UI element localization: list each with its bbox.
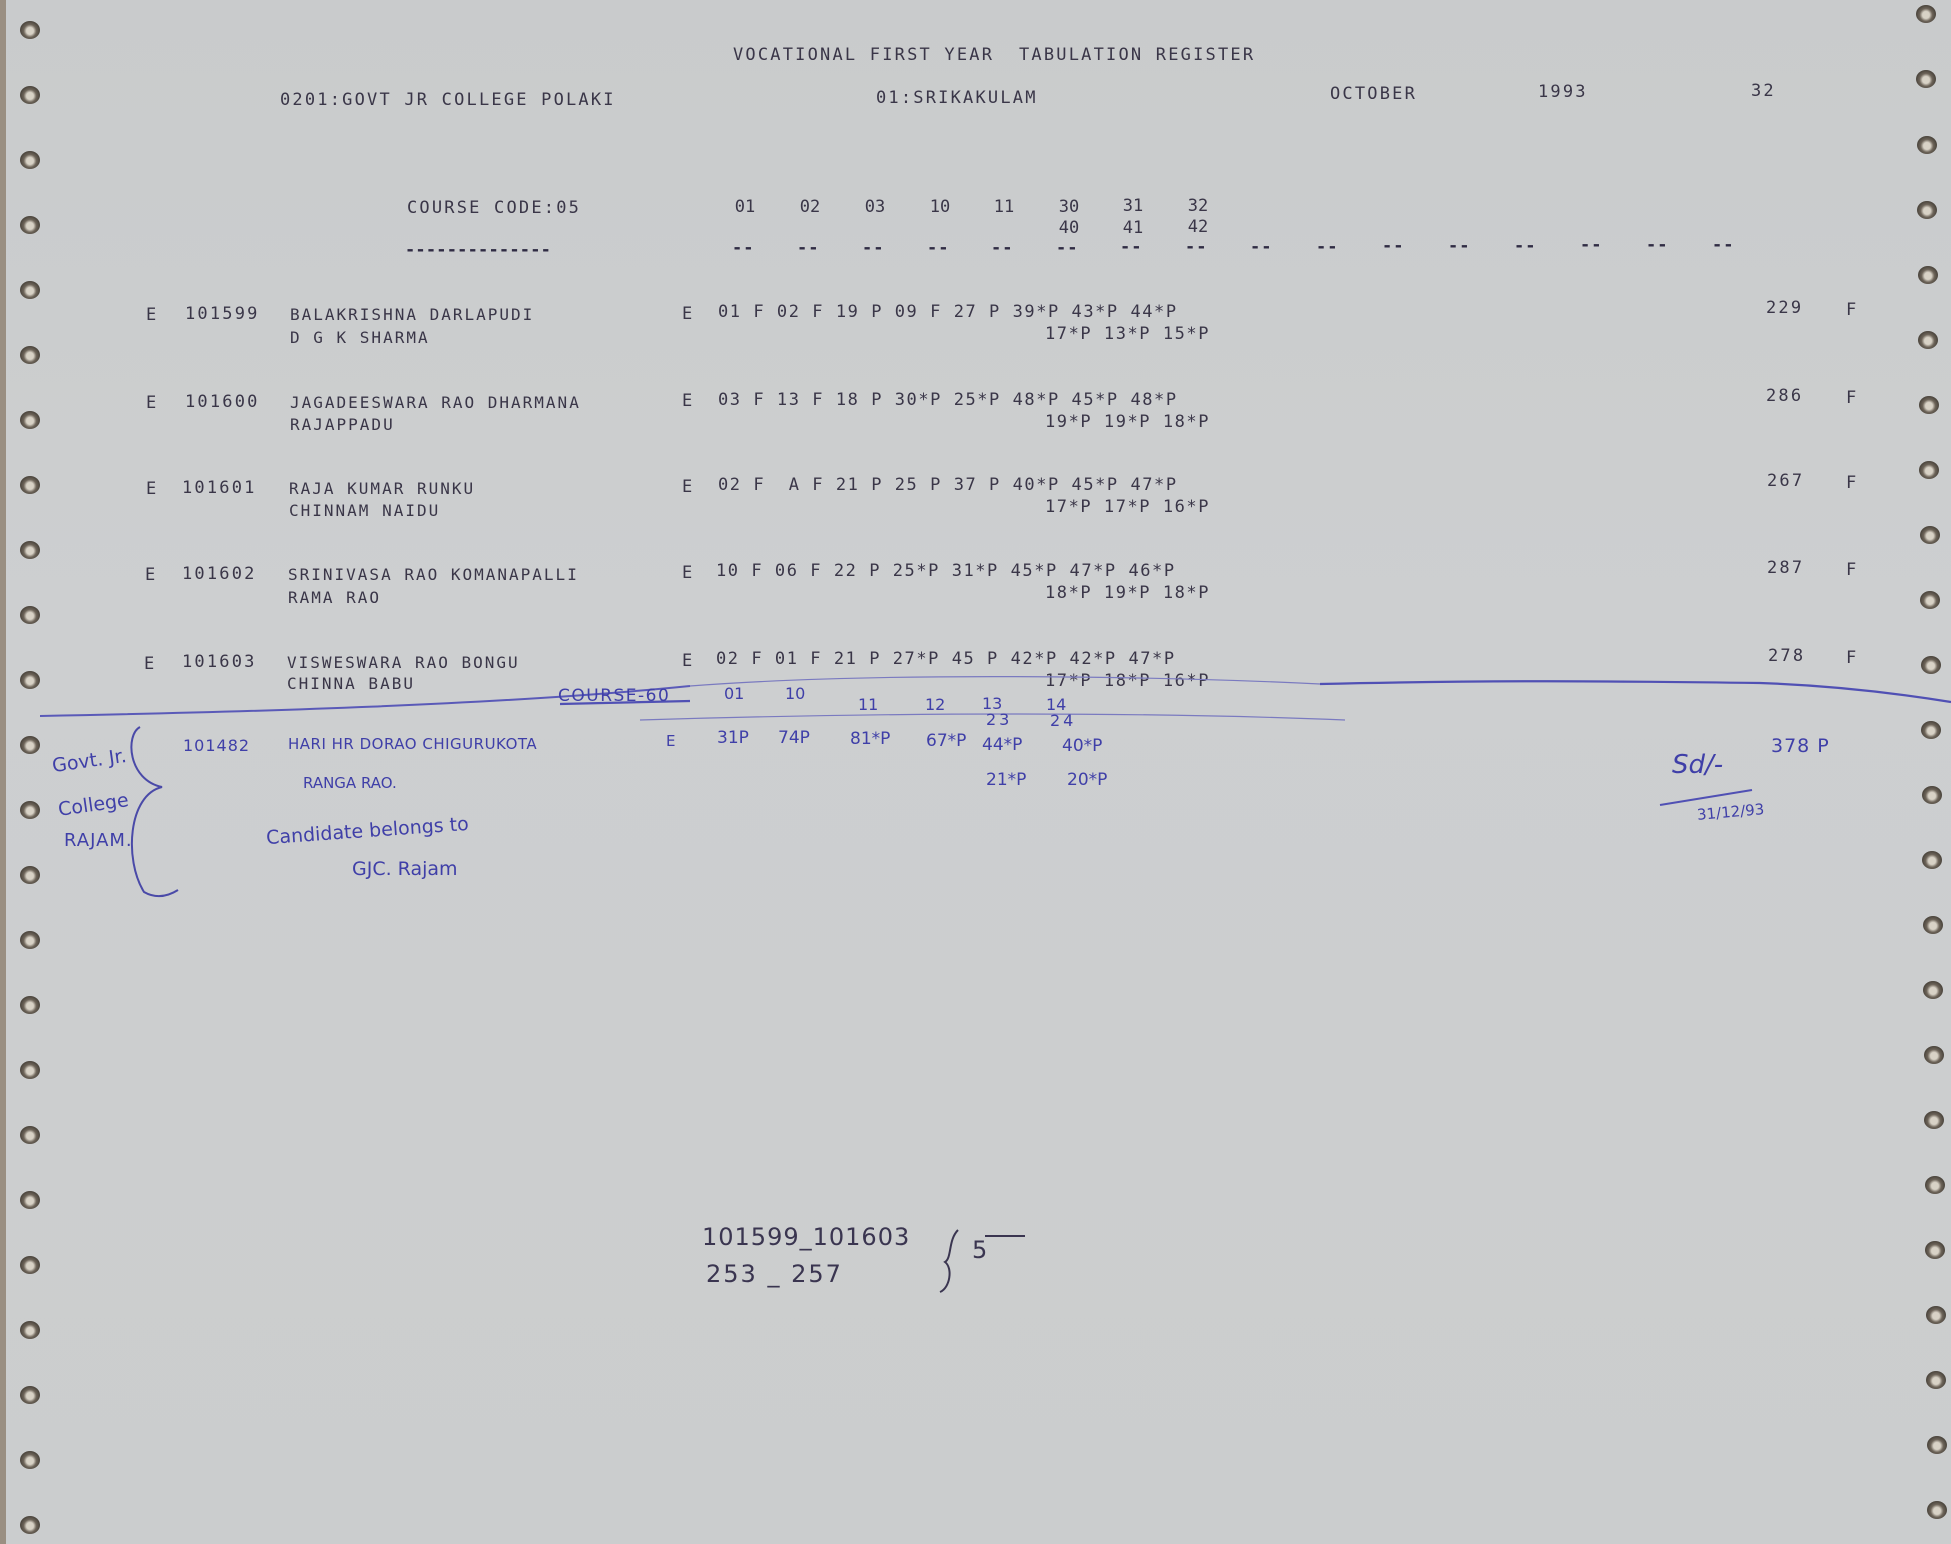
father-name: RAMA RAO: [288, 590, 381, 606]
subject-code: 01: [725, 197, 765, 217]
hole: [1921, 656, 1941, 674]
total-marks: 287: [1767, 560, 1804, 577]
handwritten-subject-code-sub: 24: [1050, 713, 1076, 729]
total-marks: 286: [1766, 388, 1803, 405]
hole: [1922, 786, 1942, 804]
total-marks: 267: [1767, 473, 1804, 490]
column-dash: --: [1382, 236, 1404, 256]
handwritten-subject-code: 01: [724, 686, 744, 702]
column-dash: --: [1250, 237, 1272, 257]
column-dash: --: [991, 238, 1013, 258]
father-name: RAJAPPADU: [290, 417, 395, 433]
hole: [1922, 851, 1942, 869]
hole: [20, 801, 40, 819]
register-title: VOCATIONAL FIRST YEAR TABULATION REGISTE…: [733, 47, 1255, 64]
handwritten-mark: 67*P: [926, 733, 966, 750]
medium: E: [682, 393, 694, 410]
hole: [20, 671, 40, 689]
hole: [20, 736, 40, 754]
hole: [1918, 266, 1938, 284]
summary-count-stroke: [985, 1235, 1025, 1237]
medium: E: [682, 653, 694, 670]
handwritten-mark: 20*P: [1067, 772, 1107, 789]
student-name: JAGADEESWARA RAO DHARMANA: [290, 395, 581, 411]
hole: [1923, 981, 1943, 999]
hole: [20, 866, 40, 884]
pen-separator-lines: [0, 0, 1951, 1544]
course-code-underline: --------------: [405, 240, 551, 260]
roll-number: 101602: [182, 566, 257, 583]
hole: [20, 1386, 40, 1404]
hole: [1927, 1501, 1947, 1519]
column-dash: --: [1185, 237, 1207, 257]
category: E: [146, 307, 158, 324]
handwritten-father-name: RANGA RAO.: [303, 776, 397, 791]
marks-line-2: 17*P 18*P 16*P: [1045, 673, 1210, 690]
hole: [1916, 70, 1936, 88]
column-dash: --: [1646, 235, 1668, 255]
side-note-line: College: [57, 791, 130, 820]
result: F: [1846, 302, 1858, 319]
handwritten-medium: E: [666, 734, 675, 749]
hole: [20, 216, 40, 234]
hole: [1925, 1241, 1945, 1259]
result: F: [1846, 475, 1858, 492]
subject-code-sub: 40: [1049, 218, 1089, 238]
marks-line-1: 10 F 06 F 22 P 25*P 31*P 45*P 47*P 46*P: [716, 563, 1176, 580]
handwritten-mark: 74P: [778, 730, 810, 747]
hole: [1917, 136, 1937, 154]
category: E: [144, 656, 156, 673]
column-dash: --: [1316, 237, 1338, 257]
marks-line-2: 18*P 19*P 18*P: [1045, 585, 1210, 602]
medium: E: [682, 565, 694, 582]
hole: [20, 1126, 40, 1144]
hole: [20, 606, 40, 624]
course-code-label: COURSE CODE:05: [407, 200, 581, 217]
hole: [20, 21, 40, 39]
marks-line-2: 19*P 19*P 18*P: [1045, 414, 1210, 431]
hole: [20, 931, 40, 949]
handwritten-subject-code: 11: [858, 697, 878, 713]
handwritten-roll-number: 101482: [183, 738, 250, 754]
hole: [20, 1256, 40, 1274]
student-name: BALAKRISHNA DARLAPUDI: [290, 307, 534, 323]
column-dash: --: [1712, 235, 1734, 255]
hole: [20, 1061, 40, 1079]
hole: [1919, 396, 1939, 414]
summary-count: 5: [972, 1238, 987, 1262]
result: F: [1846, 390, 1858, 407]
handwritten-student-name: HARI HR DORAO CHIGURUKOTA: [288, 737, 537, 752]
hole: [1926, 1306, 1946, 1324]
hole: [1920, 591, 1940, 609]
hole: [1927, 1436, 1947, 1454]
handwritten-mark: 81*P: [850, 731, 890, 748]
roll-number: 101599: [185, 306, 260, 323]
hole: [1917, 201, 1937, 219]
hole: [1919, 461, 1939, 479]
hole: [1916, 5, 1936, 23]
subject-code-sub: 42: [1178, 217, 1218, 237]
exam-year: 1993: [1538, 84, 1588, 101]
subject-code: 32: [1178, 196, 1218, 216]
medium: E: [682, 479, 694, 496]
student-name: RAJA KUMAR RUNKU: [289, 481, 475, 497]
handwritten-subject-code: 10: [785, 686, 805, 702]
student-name: SRINIVASA RAO KOMANAPALLI: [288, 567, 579, 583]
hole: [1926, 1371, 1946, 1389]
category: E: [146, 481, 158, 498]
father-name: CHINNAM NAIDU: [289, 503, 440, 519]
handwritten-remark: GJC. Rajam: [352, 860, 458, 879]
handwritten-subject-code: 12: [925, 697, 945, 713]
hole: [20, 281, 40, 299]
hole: [1920, 526, 1940, 544]
summary-serial-range: 253 _ 257: [706, 1262, 843, 1286]
subject-code: 03: [855, 197, 895, 217]
subject-code: 11: [984, 197, 1024, 217]
page-number: 32: [1751, 83, 1776, 100]
hole: [1921, 721, 1941, 739]
subject-code: 30: [1049, 197, 1089, 217]
summary-roll-range: 101599_101603: [702, 1225, 910, 1249]
hole: [1925, 1176, 1945, 1194]
total-marks: 278: [1768, 648, 1805, 665]
marks-line-1: 01 F 02 F 19 P 09 F 27 P 39*P 43*P 44*P: [718, 304, 1178, 321]
result: F: [1846, 650, 1858, 667]
handwritten-total: 378 P: [1771, 737, 1830, 756]
exam-month: OCTOBER: [1330, 86, 1417, 103]
hole: [20, 1191, 40, 1209]
father-name: CHINNA BABU: [287, 676, 415, 692]
hole: [20, 151, 40, 169]
marks-line-2: 17*P 13*P 15*P: [1045, 326, 1210, 343]
total-marks: 229: [1766, 300, 1803, 317]
column-dash: --: [1580, 235, 1602, 255]
column-dash: --: [1056, 238, 1078, 258]
column-dash: --: [797, 238, 819, 258]
hole: [20, 1321, 40, 1339]
hole: [20, 476, 40, 494]
hole: [20, 346, 40, 364]
hole: [1923, 916, 1943, 934]
subject-code: 31: [1113, 196, 1153, 216]
hole: [20, 541, 40, 559]
handwritten-subject-code-sub: 23: [986, 712, 1012, 728]
father-name: D G K SHARMA: [290, 330, 430, 346]
subject-code: 10: [920, 197, 960, 217]
category: E: [145, 567, 157, 584]
district-name: 01:SRIKAKULAM: [876, 90, 1038, 107]
subject-code: 02: [790, 197, 830, 217]
signature: Sd/-: [1672, 752, 1723, 778]
paper-edge: [0, 0, 6, 1544]
column-dash: --: [862, 238, 884, 258]
handwritten-mark: 31P: [717, 730, 749, 747]
hole: [20, 86, 40, 104]
category: E: [146, 395, 158, 412]
roll-number: 101601: [182, 480, 257, 497]
hole: [20, 1451, 40, 1469]
column-dash: --: [927, 238, 949, 258]
column-dash: --: [1120, 237, 1142, 257]
subject-code-sub: 41: [1113, 218, 1153, 238]
handwritten-mark: 40*P: [1062, 738, 1102, 755]
marks-line-1: 02 F 01 F 21 P 27*P 45 P 42*P 42*P 47*P: [716, 651, 1176, 668]
side-note-line: Govt. Jr.: [51, 747, 128, 776]
result: F: [1846, 562, 1858, 579]
column-dash: --: [1448, 236, 1470, 256]
roll-number: 101603: [182, 654, 257, 671]
hole: [20, 1516, 40, 1534]
hole: [1924, 1046, 1944, 1064]
handwritten-mark: 44*P: [982, 737, 1022, 754]
hole: [1924, 1111, 1944, 1129]
handwritten-mark: 21*P: [986, 772, 1026, 789]
handwritten-course-label: COURSE-60: [558, 688, 670, 705]
signature-date: 31/12/93: [1696, 802, 1764, 823]
marks-line-2: 17*P 17*P 16*P: [1045, 499, 1210, 516]
student-name: VISWESWARA RAO BONGU: [287, 655, 520, 671]
roll-number: 101600: [185, 394, 260, 411]
hole: [20, 411, 40, 429]
college-name: 0201:GOVT JR COLLEGE POLAKI: [280, 92, 616, 109]
hole: [1918, 331, 1938, 349]
column-dash: --: [1514, 236, 1536, 256]
marks-line-1: 03 F 13 F 18 P 30*P 25*P 48*P 45*P 48*P: [718, 392, 1178, 409]
marks-line-1: 02 F A F 21 P 25 P 37 P 40*P 45*P 47*P: [718, 477, 1178, 494]
hole: [20, 996, 40, 1014]
handwritten-remark: Candidate belongs to: [266, 815, 470, 848]
side-note-line: RAJAM.: [64, 832, 133, 850]
column-dash: --: [732, 238, 754, 258]
medium: E: [682, 306, 694, 323]
